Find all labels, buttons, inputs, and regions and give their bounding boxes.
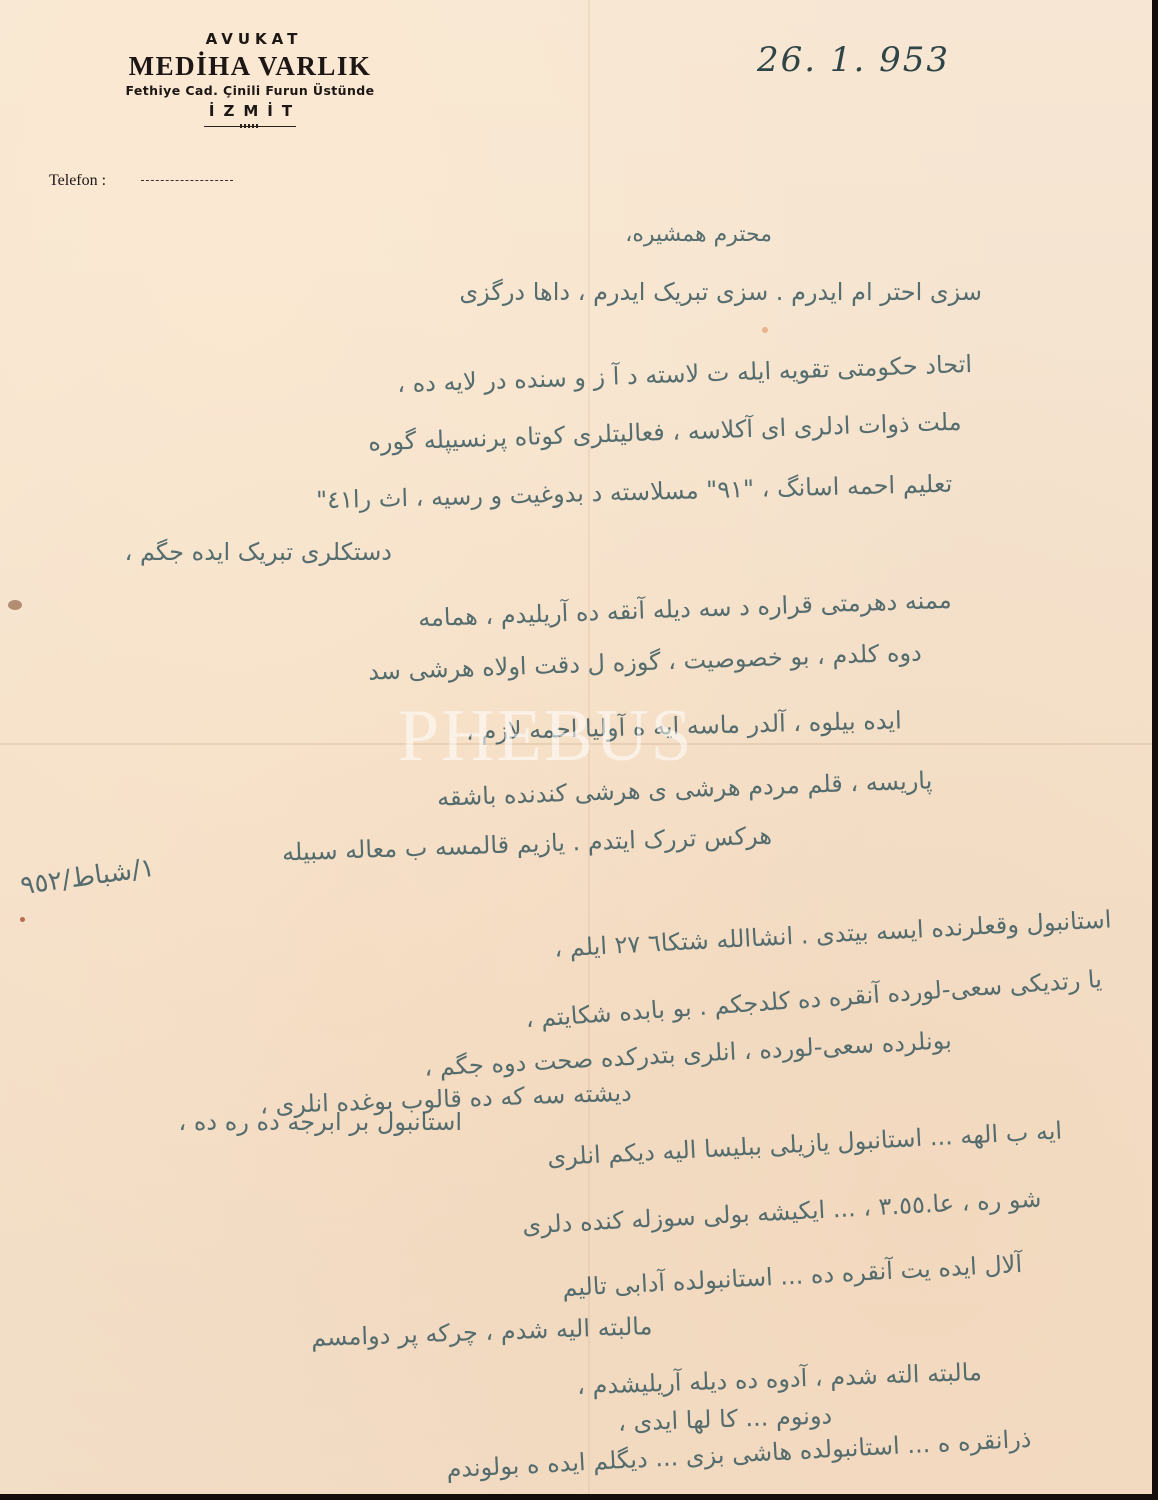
salutation: محترم همشيره، bbox=[625, 222, 772, 247]
letterhead-title: AVUKAT bbox=[48, 30, 460, 48]
handwritten-line: شو ره ، عا.٣.٥٥ ، ... ايکيشه بولی سوزله … bbox=[522, 1184, 1042, 1239]
handwritten-line: مالبته اليه شدم ، چرکه پر دوامسم bbox=[310, 1312, 652, 1352]
handwritten-line: مالبته الته شدم ، آدوه ده ديله آريليشدم … bbox=[577, 1358, 983, 1400]
handwritten-line: استانبول وقعلرنده ايسه بيتدی . انشاالله … bbox=[554, 905, 1112, 962]
letterhead-divider bbox=[204, 126, 296, 127]
letterhead-address: Fethiye Cad. Çinili Furun Üstünde bbox=[40, 83, 460, 98]
letterhead-city: İZMİT bbox=[50, 102, 460, 120]
handwritten-line: سزی احتر ام ايدرم . سزی تبريک ايدرم ، دا… bbox=[459, 278, 982, 306]
watermark: PHEBUS bbox=[398, 694, 694, 779]
handwritten-line: ايه ب الهه ... استانبول يازيلی ببليسا ال… bbox=[546, 1117, 1062, 1172]
handwritten-line: بونلرده سعی-لورده ، انلری بتدرکده صحت دو… bbox=[424, 1026, 953, 1082]
phone-label: Telefon : bbox=[49, 172, 106, 190]
paper-stain bbox=[762, 327, 768, 333]
handwritten-line: تعليم احمه اسانگ ، "٩١" مسلاسته د بدوغيت… bbox=[315, 470, 952, 515]
handwritten-line: ملت ذوات ادلری ای آکلاسه ، فعاليتلری کوت… bbox=[368, 408, 962, 457]
handwritten-line: آلال ايده يت آنقره ده ... استانبولده آدا… bbox=[561, 1250, 1022, 1302]
letterhead-name: MEDİHA VARLIK bbox=[40, 51, 460, 81]
handwritten-line: استانبول بر ابرجه ده ره ده ، bbox=[178, 1108, 462, 1136]
letterhead: AVUKAT MEDİHA VARLIK Fethiye Cad. Çinili… bbox=[40, 30, 460, 127]
handwritten-line: ممنه دهرمتی قراره د سه ديله آنقه ده آريل… bbox=[418, 586, 952, 633]
marginal-date-note: ١/شباط/٩٥٢ bbox=[19, 853, 157, 901]
handwritten-line: دوه کلدم ، بو خصوصيت ، گوزه ل دقت اولاه … bbox=[368, 638, 922, 685]
phone-blank-line bbox=[141, 180, 233, 181]
handwritten-line: اتحاد حکومتی تقويه ايله ت لاسته د آ ز و … bbox=[396, 350, 972, 398]
handwritten-line: يا رتديکی سعی-لورده آنقره ده کلدجکم . بو… bbox=[524, 965, 1102, 1033]
paper-stain bbox=[8, 600, 22, 610]
letter-page: AVUKAT MEDİHA VARLIK Fethiye Cad. Çinili… bbox=[0, 0, 1152, 1494]
letter-date: 26. 1. 953 bbox=[757, 40, 950, 80]
handwritten-line: دونوم ... کا لها ايدی ، bbox=[617, 1401, 832, 1436]
handwritten-line: دستکلری تبريک ايده جگم ، bbox=[125, 538, 392, 566]
handwritten-line: هرکس تررک ايتدم . يازيم قالمسه ب معاله س… bbox=[282, 821, 773, 866]
handwritten-line: ذرانقره ه ... استانبولده هاشی بزی ... دي… bbox=[446, 1425, 1032, 1484]
paper-stain bbox=[20, 917, 25, 922]
